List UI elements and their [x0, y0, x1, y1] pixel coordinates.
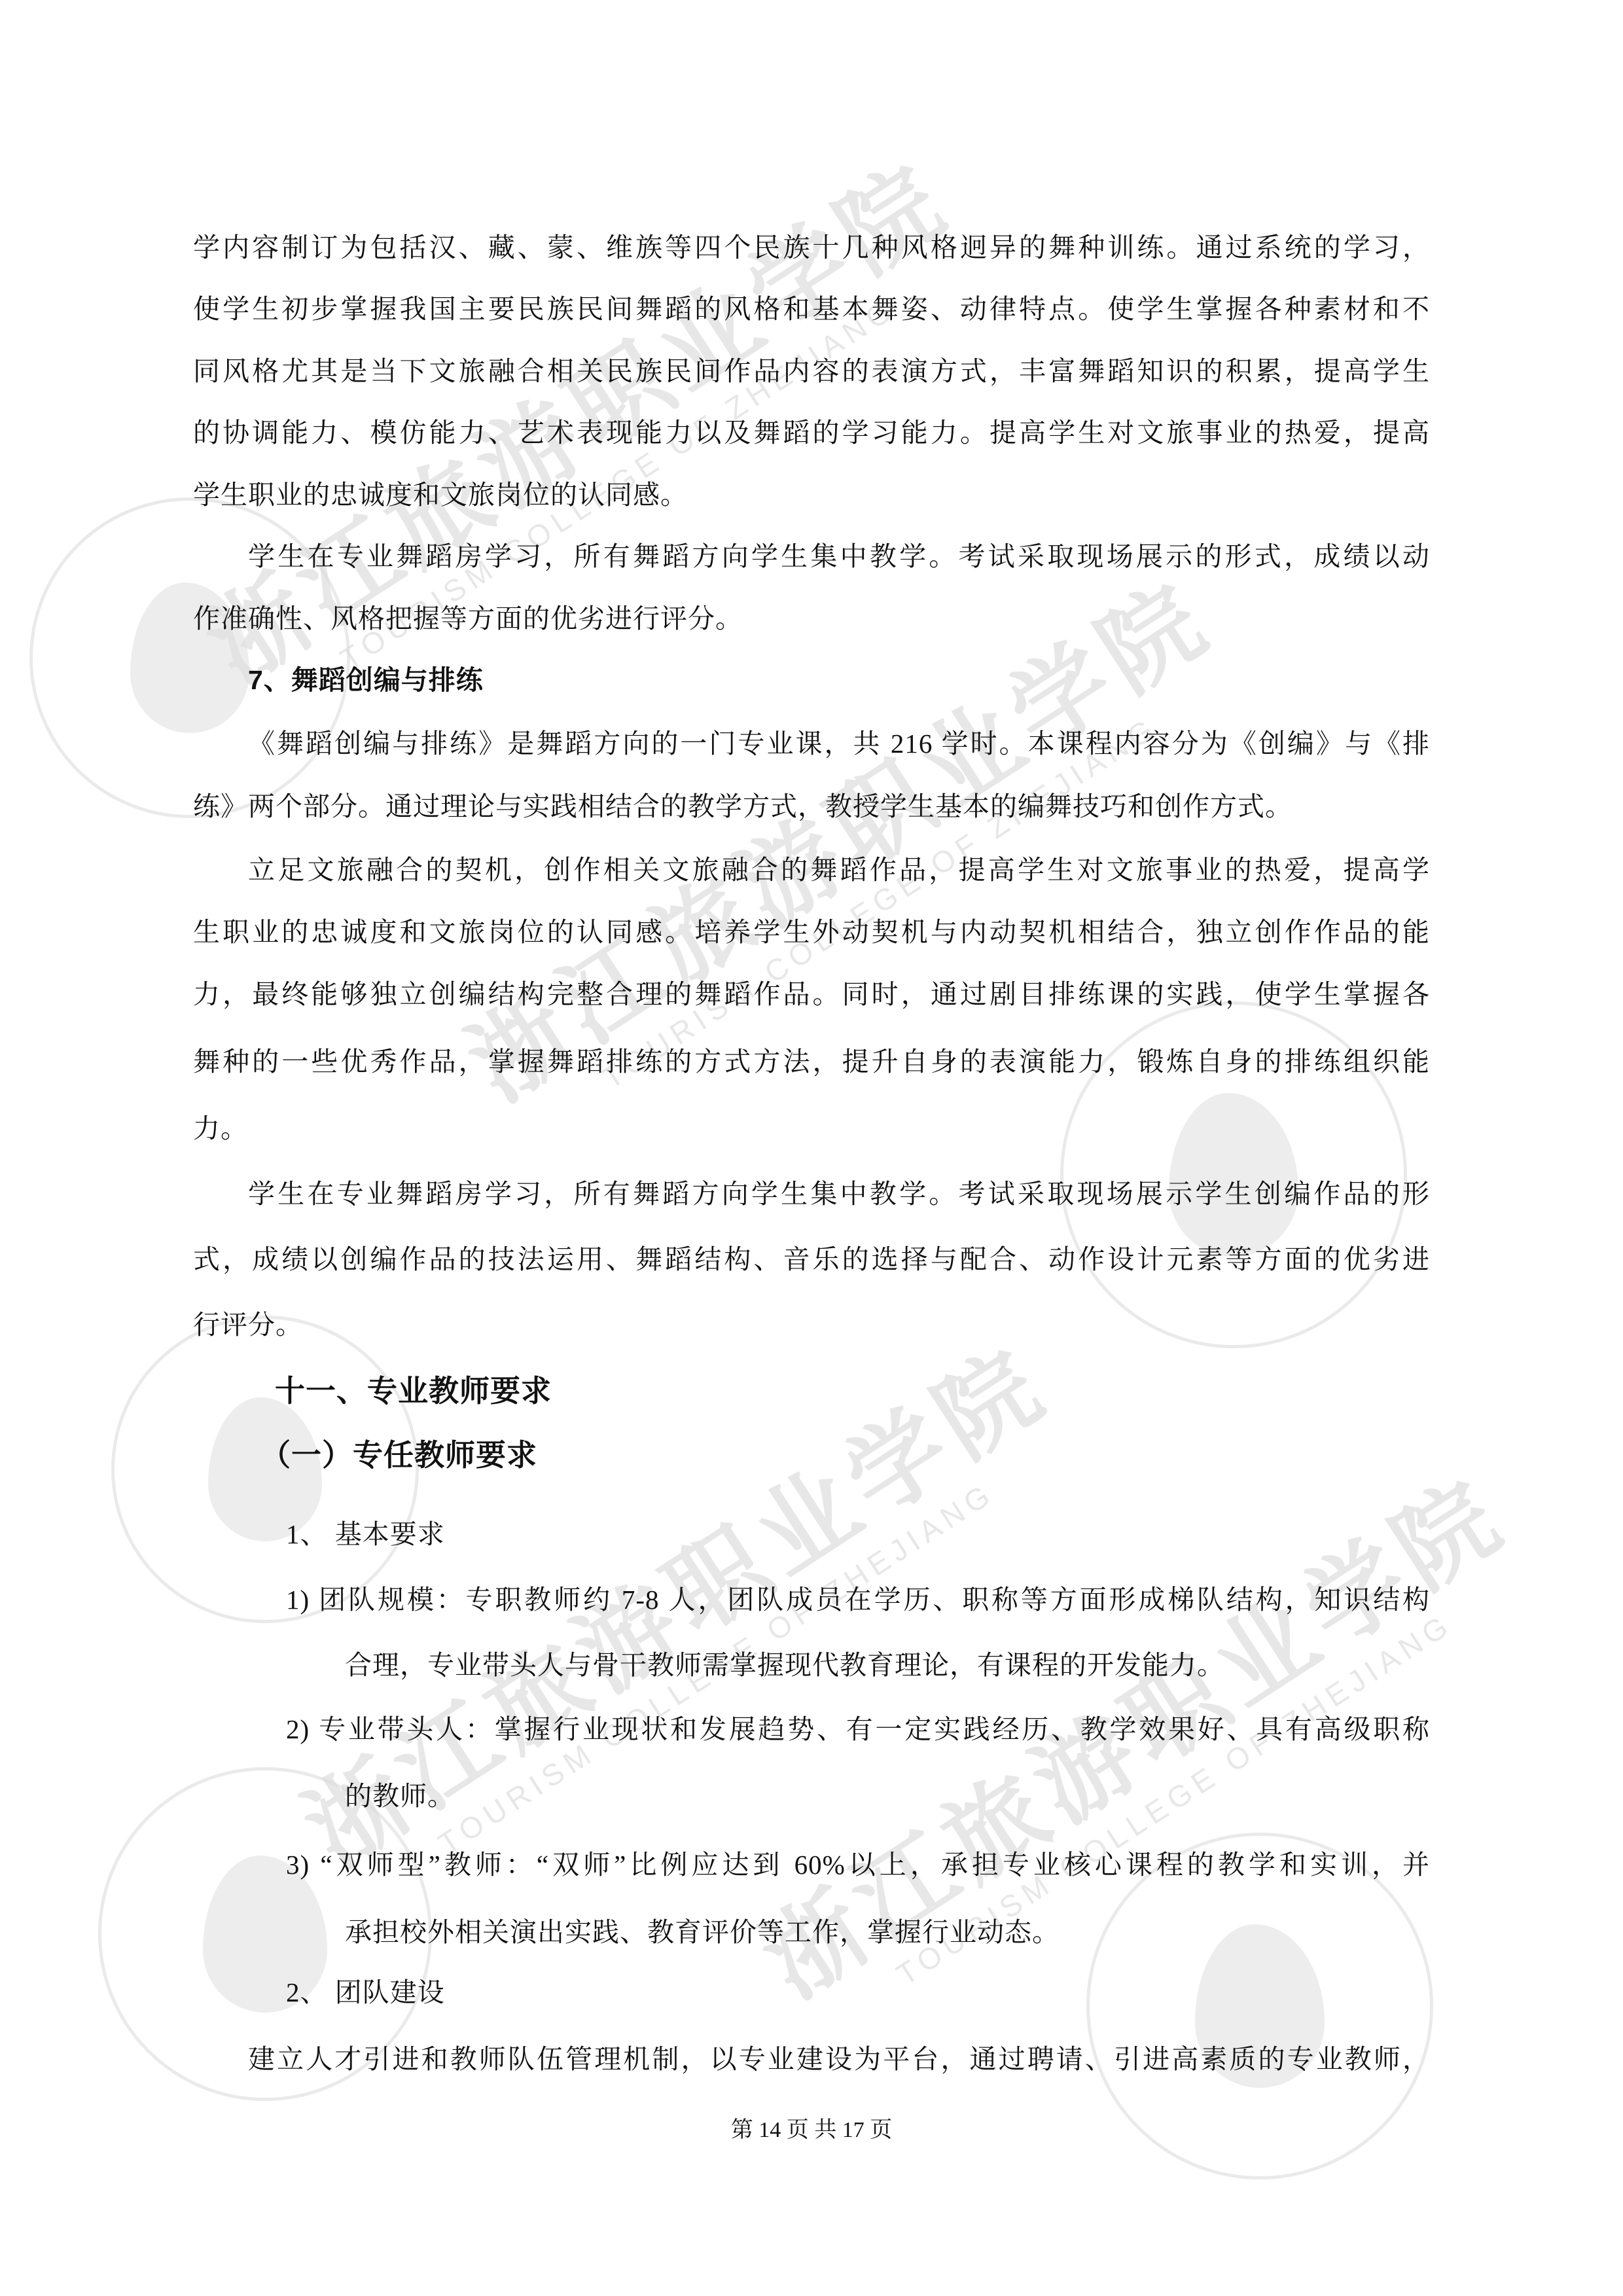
watermark-en-text: TOURISM COLLEGE OF ZHEJIANG	[486, 638, 1274, 1168]
body-line: 作准确性、风格把握等方面的优劣进行评分。	[193, 603, 1430, 634]
body-line: 力。	[193, 1113, 1430, 1144]
body-line: 建立人才引进和教师队伍管理机制，以专业建设为平台，通过聘请、引进高素质的专业教师…	[193, 2043, 1430, 2075]
document-page: 浙江旅游职业学院 TOURISM COLLEGE OF ZHEJIANG 浙江旅…	[0, 0, 1623, 2296]
watermark-layer: 浙江旅游职业学院 TOURISM COLLEGE OF ZHEJIANG 浙江旅…	[0, 0, 1623, 2296]
body-line: 生职业的忠诚度和文旅岗位的认同感。培养学生外动契机与内动契机相结合，独立创作作品…	[193, 916, 1430, 948]
page-footer: 第 14 页 共 17 页	[0, 2111, 1623, 2144]
list-item-line: 3) “双师型”教师：“双师”比例应达到 60%以上，承担专业核心课程的教学和实…	[286, 1849, 1430, 1880]
list-item-heading: 2、 团队建设	[286, 1977, 1430, 2008]
body-line: 学生在专业舞蹈房学习，所有舞蹈方向学生集中教学。考试采取现场展示学生创编作品的形	[193, 1178, 1430, 1210]
body-line: 学生职业的忠诚度和文旅岗位的认同感。	[193, 479, 1430, 511]
body-line: 力，最终能够独立创编结构完整合理的舞蹈作品。同时，通过剧目排练课的实践，使学生掌…	[193, 978, 1430, 1010]
list-item-heading: 1、 基本要求	[286, 1518, 1430, 1550]
body-line: 学生在专业舞蹈房学习，所有舞蹈方向学生集中教学。考试采取现场展示的形式，成绩以动	[193, 541, 1430, 572]
body-line: 舞种的一些优秀作品，掌握舞蹈排练的方式方法，提升自身的表演能力，锻炼自身的排练组…	[193, 1046, 1430, 1077]
list-item-line: 的教师。	[345, 1780, 1430, 1812]
list-item-line: 承担校外相关演出实践、教育评价等工作，掌握行业动态。	[345, 1916, 1430, 1948]
body-line: 使学生初步掌握我国主要民族民间舞蹈的风格和基本舞姿、动律特点。使学生掌握各种素材…	[193, 293, 1430, 325]
body-line: 的协调能力、模仿能力、艺术表现能力以及舞蹈的学习能力。提高学生对文旅事业的热爱，…	[193, 417, 1430, 448]
list-item-line: 合理，专业带头人与骨干教师需掌握现代教育理论，有课程的开发能力。	[345, 1649, 1430, 1681]
list-item-line: 2) 专业带头人：掌握行业现状和发展趋势、有一定实践经历、教学效果好、具有高级职…	[286, 1713, 1430, 1745]
section-heading-7: 7、舞蹈创编与排练	[193, 664, 1430, 696]
body-line: 式，成绩以创编作品的技法运用、舞蹈结构、音乐的选择与配合、动作设计元素等方面的优…	[193, 1244, 1430, 1275]
list-item-line: 1) 团队规模：专职教师约 7-8 人，团队成员在学历、职称等方面形成梯队结构，…	[286, 1584, 1430, 1615]
body-line: 立足文旅融合的契机，创作相关文旅融合的舞蹈作品，提高学生对文旅事业的热爱，提高学	[193, 854, 1430, 886]
body-line: 《舞蹈创编与排练》是舞蹈方向的一门专业课，共 216 学时。本课程内容分为《创编…	[193, 728, 1430, 759]
chapter-heading: 十一、专业教师要求	[275, 1373, 1430, 1408]
sub-chapter-heading: （一）专任教师要求	[260, 1437, 1416, 1473]
body-line: 行评分。	[193, 1309, 1430, 1340]
body-line: 练》两个部分。通过理论与实践相结合的教学方式，教授学生基本的编舞技巧和创作方式。	[193, 791, 1430, 822]
body-line: 同风格尤其是当下文旅融合相关民族民间作品内容的表演方式，丰富舞蹈知识的积累，提高…	[193, 355, 1430, 387]
body-line: 学内容制订为包括汉、藏、蒙、维族等四个民族十几种风格迥异的舞种训练。通过系统的学…	[193, 232, 1430, 263]
